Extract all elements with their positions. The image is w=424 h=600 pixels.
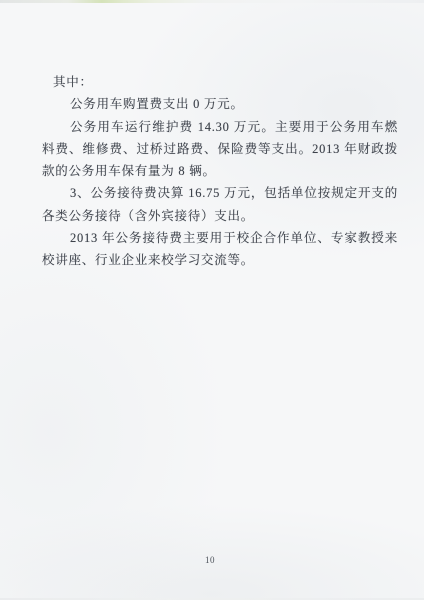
document-page: 其中： 公务用车购置费支出 0 万元。 公务用车运行维护费 14.30 万元。主… bbox=[0, 0, 424, 600]
scan-artifact-top-edge bbox=[0, 0, 424, 3]
paragraph-reception-expense-usage: 2013 年公务接待费主要用于校企合作单位、专家教授来校讲座、行业企业来校学习交… bbox=[42, 227, 398, 272]
paragraph-among-which: 其中： bbox=[42, 71, 398, 93]
paragraph-official-reception-expense: 3、公务接待费决算 16.75 万元，包括单位按规定开支的各类公务接待（含外宾接… bbox=[42, 182, 398, 227]
paragraph-vehicle-maintenance-expense: 公务用车运行维护费 14.30 万元。主要用于公务用车燃料费、维修费、过桥过路费… bbox=[42, 116, 398, 183]
document-body: 其中： 公务用车购置费支出 0 万元。 公务用车运行维护费 14.30 万元。主… bbox=[42, 71, 398, 272]
page-number: 10 bbox=[0, 555, 420, 565]
paragraph-vehicle-purchase-expense: 公务用车购置费支出 0 万元。 bbox=[42, 93, 398, 115]
